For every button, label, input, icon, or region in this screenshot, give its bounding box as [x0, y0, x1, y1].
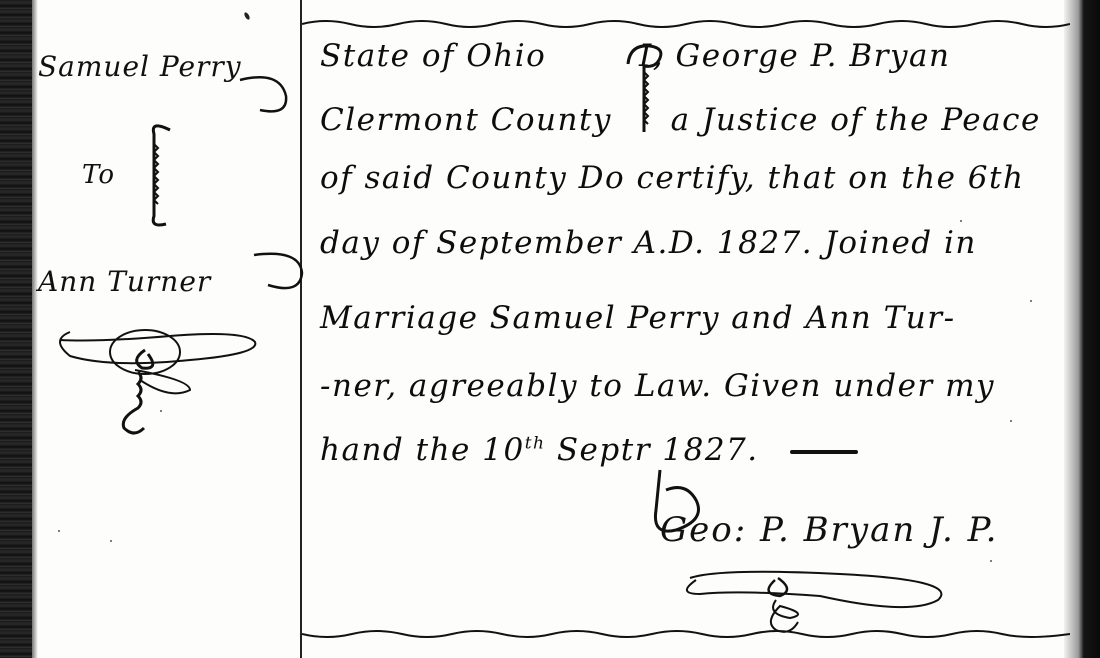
- heading-brace-icon: [620, 40, 670, 140]
- officiant-signature: Geo: P. Bryan J. P.: [660, 510, 998, 550]
- groom-flourish-icon: [230, 70, 300, 140]
- ordinal-suffix: th: [525, 434, 546, 454]
- scan-speck: [160, 410, 162, 412]
- officiant-title: a Justice of the Peace: [671, 102, 1041, 138]
- margin-divider-line: [300, 0, 302, 658]
- scanned-record-page: Samuel Perry To Ann Turner State of Ohio…: [0, 0, 1100, 658]
- scan-speck: [243, 12, 250, 21]
- margin-paraph-icon: [50, 320, 270, 450]
- body-line-3: of said County Do certify, that on the 6…: [320, 160, 1024, 196]
- scan-right-edge: [1064, 0, 1100, 658]
- closing-dash: [790, 450, 858, 454]
- scan-left-edge: [0, 0, 32, 658]
- county-heading: Clermont County: [320, 102, 612, 138]
- officiant-intro: I, George P. Bryan: [639, 38, 950, 74]
- scan-speck: [990, 560, 992, 562]
- date-given-prefix: hand the 10: [320, 432, 525, 468]
- groom-name: Samuel Perry: [38, 50, 242, 83]
- margin-brace-icon: [140, 120, 190, 230]
- body-line-2: Clermont County a Justice of the Peace: [320, 102, 1041, 138]
- scan-speck: [110, 540, 112, 542]
- bride-name: Ann Turner: [38, 265, 211, 298]
- scan-speck: [58, 530, 60, 532]
- body-line-5: Marriage Samuel Perry and Ann Tur-: [320, 300, 956, 336]
- scan-speck: [1010, 420, 1012, 422]
- top-wavy-rule: [302, 16, 1070, 30]
- signature-paraph-icon: [680, 560, 980, 640]
- body-line-7: hand the 10th Septr 1827.: [320, 432, 858, 468]
- scan-speck: [1030, 300, 1032, 302]
- scan-speck: [960, 220, 962, 222]
- bride-flourish-icon: [250, 245, 310, 300]
- connector-to: To: [82, 160, 115, 190]
- body-line-4: day of September A.D. 1827. Joined in: [320, 225, 977, 261]
- body-line-6: -ner, agreeably to Law. Given under my: [320, 368, 995, 404]
- state-heading: State of Ohio: [320, 38, 546, 74]
